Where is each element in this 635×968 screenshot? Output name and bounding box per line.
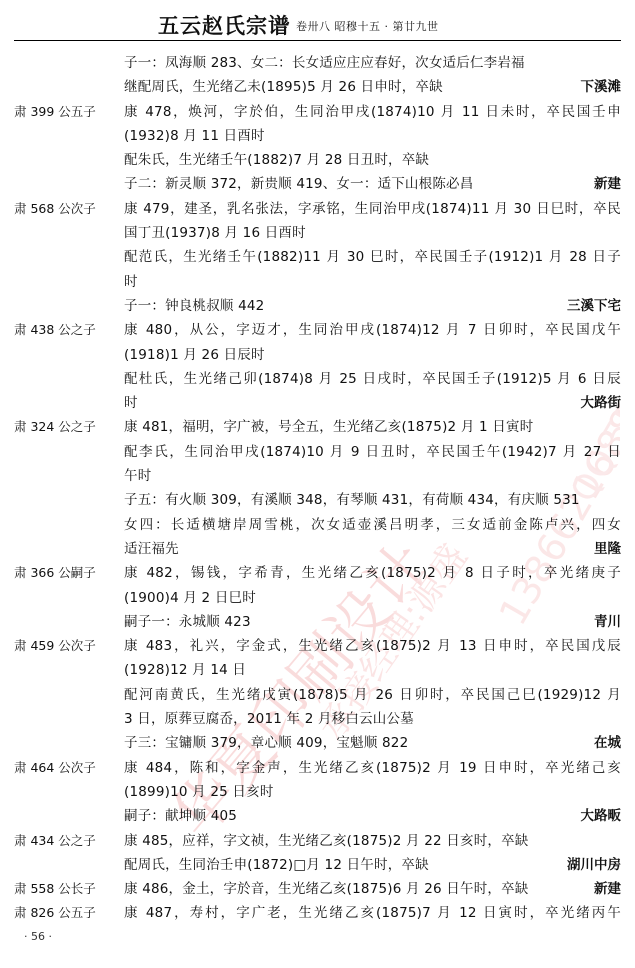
entry-text: 继配周氏，生光绪乙未(1895)5 月 26 日申时，卒缺	[124, 75, 621, 99]
genealogy-line: 肃 399 公五子康 478，焕河，字於伯，生同治甲戌(1874)10 月 11…	[0, 100, 635, 124]
entry-text: 康 486，金土，字於音，生光绪乙亥(1875)6 月 26 日午时，卒缺	[124, 877, 621, 901]
genealogy-line: 3 日，原葬豆腐岙，2011 年 2 月移白云山公墓	[0, 707, 635, 731]
entry-text: 配朱氏，生光绪壬午(1882)7 月 28 日丑时，卒缺	[124, 148, 621, 172]
entry-text: 配杜氏，生光绪己卯(1874)8 月 25 日戌时，卒民国壬子(1912)5 月…	[124, 367, 621, 391]
residence-place: 大路街	[581, 391, 622, 415]
genealogy-body: 子一：凤海顺 283、女二：长女适应庄应春好，次女适后仁李岩福继配周氏，生光绪乙…	[0, 51, 635, 926]
header-rule	[14, 40, 621, 41]
entry-text: 嗣子一：永城顺 423	[124, 610, 621, 634]
genealogy-line: 肃 366 公嗣子康 482，锡钱，字希青，生光绪乙亥(1875)2 月 8 日…	[0, 561, 635, 585]
genealogy-line: 子二：新灵顺 372，新贵顺 419、女一：适下山根陈必昌新建	[0, 172, 635, 196]
entry-text: 子三：宝镛顺 379，章心顺 409，宝魁顺 822	[124, 731, 621, 755]
residence-place: 在城	[594, 731, 621, 755]
genealogy-line: 肃 438 公之子康 480，从公，字迈才，生同治甲戌(1874)12 月 7 …	[0, 318, 635, 342]
entry-text: 康 479，建圣，乳名张法，字承铭，生同治甲戌(1874)11 月 30 日巳时…	[124, 197, 621, 221]
lineage-label: 肃 558 公长子	[14, 877, 96, 901]
genealogy-line: 子三：宝镛顺 379，章心顺 409，宝魁顺 822在城	[0, 731, 635, 755]
entry-text: (1900)4 月 2 日巳时	[124, 586, 621, 610]
genealogy-line: 配河南黄氏，生光绪戊寅(1878)5 月 26 日卯时，卒民国己巳(1929)1…	[0, 683, 635, 707]
entry-text: 子二：新灵顺 372，新贵顺 419、女一：适下山根陈必昌	[124, 172, 621, 196]
genealogy-line: 嗣子一：永城顺 423青川	[0, 610, 635, 634]
genealogy-line: (1900)4 月 2 日巳时	[0, 586, 635, 610]
entry-text: 子一：钟良桃叔顺 442	[124, 294, 621, 318]
genealogy-line: 肃 459 公次子康 483，礼兴，字金式，生光绪乙亥(1875)2 月 13 …	[0, 634, 635, 658]
entry-text: 康 485，应祥，字文祯，生光绪乙亥(1875)2 月 22 日亥时，卒缺	[124, 829, 621, 853]
lineage-label: 肃 826 公五子	[14, 901, 96, 925]
entry-text: 康 484，陈和，字金声，生光绪乙亥(1875)2 月 19 日申时，卒光绪己亥	[124, 756, 621, 780]
entry-text: 3 日，原葬豆腐岙，2011 年 2 月移白云山公墓	[124, 707, 621, 731]
page-number: · 56 ·	[24, 930, 52, 943]
residence-place: 新建	[594, 877, 621, 901]
genealogy-line: 肃 324 公之子康 481，福明，字广被，号全五，生光绪乙亥(1875)2 月…	[0, 415, 635, 439]
entry-text: 时	[124, 270, 621, 294]
entry-text: 午时	[124, 464, 621, 488]
entry-text: (1918)1 月 26 日辰时	[124, 343, 621, 367]
entry-text: 康 483，礼兴，字金式，生光绪乙亥(1875)2 月 13 日申时，卒民国戊辰	[124, 634, 621, 658]
lineage-label: 肃 438 公之子	[14, 318, 96, 342]
lineage-label: 肃 434 公之子	[14, 829, 96, 853]
entry-text: (1932)8 月 11 日酉时	[124, 124, 621, 148]
genealogy-line: 国丁丑(1937)8 月 16 日酉时	[0, 221, 635, 245]
genealogy-line: 嗣子：献坤顺 405大路畈	[0, 804, 635, 828]
genealogy-line: 肃 826 公五子康 487，寿村，字广老，生光绪乙亥(1875)7 月 12 …	[0, 901, 635, 925]
genealogy-line: 适汪福先里隆	[0, 537, 635, 561]
lineage-label: 肃 399 公五子	[14, 100, 96, 124]
genealogy-line: (1899)10 月 25 日亥时	[0, 780, 635, 804]
entry-text: 时	[124, 391, 621, 415]
entry-text: (1928)12 月 14 日	[124, 658, 621, 682]
entry-text: 康 480，从公，字迈才，生同治甲戌(1874)12 月 7 日卯时，卒民国戊午	[124, 318, 621, 342]
genealogy-line: (1928)12 月 14 日	[0, 658, 635, 682]
lineage-label: 肃 459 公次子	[14, 634, 96, 658]
entry-text: 配周氏，生同治壬申(1872)□月 12 日午时，卒缺	[124, 853, 621, 877]
lineage-label: 肃 324 公之子	[14, 415, 96, 439]
genealogy-line: 继配周氏，生光绪乙未(1895)5 月 26 日申时，卒缺下溪滩	[0, 75, 635, 99]
genealogy-line: 肃 464 公次子康 484，陈和，字金声，生光绪乙亥(1875)2 月 19 …	[0, 756, 635, 780]
entry-text: (1899)10 月 25 日亥时	[124, 780, 621, 804]
entry-text: 女四：长适横塘岸周雪桃，次女适壶溪吕明孝，三女适前金陈卢兴，四女	[124, 513, 621, 537]
entry-text: 国丁丑(1937)8 月 16 日酉时	[124, 221, 621, 245]
genealogy-line: 配周氏，生同治壬申(1872)□月 12 日午时，卒缺湖川中房	[0, 853, 635, 877]
genealogy-line: 肃 434 公之子康 485，应祥，字文祯，生光绪乙亥(1875)2 月 22 …	[0, 829, 635, 853]
genealogy-line: 配杜氏，生光绪己卯(1874)8 月 25 日戌时，卒民国壬子(1912)5 月…	[0, 367, 635, 391]
residence-place: 三溪下宅	[567, 294, 621, 318]
entry-text: 康 478，焕河，字於伯，生同治甲戌(1874)10 月 11 日未时，卒民国壬…	[124, 100, 621, 124]
genealogy-line: 午时	[0, 464, 635, 488]
entry-text: 康 482，锡钱，字希青，生光绪乙亥(1875)2 月 8 日子时，卒光绪庚子	[124, 561, 621, 585]
entry-text: 适汪福先	[124, 537, 621, 561]
genealogy-line: 女四：长适横塘岸周雪桃，次女适壶溪吕明孝，三女适前金陈卢兴，四女	[0, 513, 635, 537]
residence-place: 湖川中房	[567, 853, 621, 877]
volume-subtitle: 卷卅八 昭穆十五 · 第廿九世	[296, 18, 439, 34]
lineage-label: 肃 464 公次子	[14, 756, 96, 780]
genealogy-line: 子一：钟良桃叔顺 442三溪下宅	[0, 294, 635, 318]
title-separator: ·	[286, 16, 290, 30]
lineage-label: 肃 568 公次子	[14, 197, 96, 221]
genealogy-line: 子一：凤海顺 283、女二：长女适应庄应春好，次女适后仁李岩福	[0, 51, 635, 75]
entry-text: 康 481，福明，字广被，号全五，生光绪乙亥(1875)2 月 1 日寅时	[124, 415, 621, 439]
genealogy-line: 时大路街	[0, 391, 635, 415]
genealogy-line: (1918)1 月 26 日辰时	[0, 343, 635, 367]
genealogy-line: 肃 568 公次子康 479，建圣，乳名张法，字承铭，生同治甲戌(1874)11…	[0, 197, 635, 221]
page-header: 五云赵氏宗谱 · 卷卅八 昭穆十五 · 第廿九世	[0, 0, 635, 44]
residence-place: 里隆	[594, 537, 621, 561]
residence-place: 青川	[594, 610, 621, 634]
entry-text: 子五：有火顺 309，有溪顺 348，有琴顺 431，有荷顺 434，有庆顺 5…	[124, 488, 621, 512]
genealogy-line: 配李氏，生同治甲戌(1874)10 月 9 日丑时，卒民国壬午(1942)7 月…	[0, 440, 635, 464]
book-title: 五云赵氏宗谱	[158, 10, 290, 40]
entry-text: 子一：凤海顺 283、女二：长女适应庄应春好，次女适后仁李岩福	[124, 51, 621, 75]
entry-text: 配河南黄氏，生光绪戊寅(1878)5 月 26 日卯时，卒民国己巳(1929)1…	[124, 683, 621, 707]
genealogy-line: 配朱氏，生光绪壬午(1882)7 月 28 日丑时，卒缺	[0, 148, 635, 172]
residence-place: 大路畈	[581, 804, 622, 828]
residence-place: 新建	[594, 172, 621, 196]
entry-text: 配范氏，生光绪壬午(1882)11 月 30 巳时，卒民国壬子(1912)1 月…	[124, 245, 621, 269]
entry-text: 康 487，寿村，字广老，生光绪乙亥(1875)7 月 12 日寅时，卒光绪丙午	[124, 901, 621, 925]
entry-text: 嗣子：献坤顺 405	[124, 804, 621, 828]
genealogy-line: (1932)8 月 11 日酉时	[0, 124, 635, 148]
genealogy-line: 时	[0, 270, 635, 294]
genealogy-line: 配范氏，生光绪壬午(1882)11 月 30 巳时，卒民国壬子(1912)1 月…	[0, 245, 635, 269]
entry-text: 配李氏，生同治甲戌(1874)10 月 9 日丑时，卒民国壬午(1942)7 月…	[124, 440, 621, 464]
residence-place: 下溪滩	[581, 75, 622, 99]
genealogy-line: 子五：有火顺 309，有溪顺 348，有琴顺 431，有荷顺 434，有庆顺 5…	[0, 488, 635, 512]
genealogy-line: 肃 558 公长子康 486，金土，字於音，生光绪乙亥(1875)6 月 26 …	[0, 877, 635, 901]
lineage-label: 肃 366 公嗣子	[14, 561, 96, 585]
